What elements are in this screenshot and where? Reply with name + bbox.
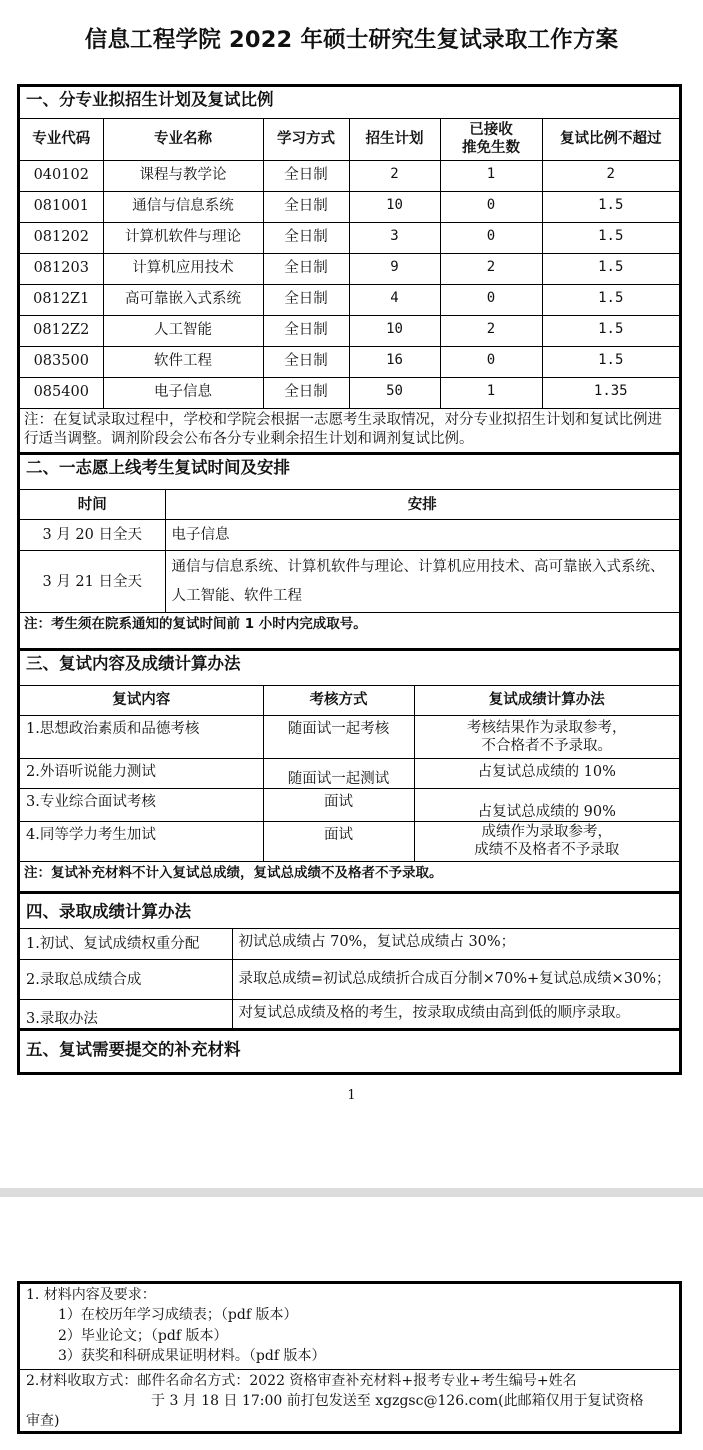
table-row: 081203计算机应用技术全日制921.5 <box>20 253 679 284</box>
col-header-content: 复试内容 <box>20 685 263 715</box>
page-separator <box>0 1188 703 1197</box>
section-5-heading: 五、复试需要提交的补充材料 <box>20 1030 679 1072</box>
section-1-note: 注：在复试录取过程中，学校和学院会根据一志愿考生录取情况，对分专业拟招生计划和复… <box>20 408 679 453</box>
table-row: 081202计算机软件与理论全日制301.5 <box>20 222 679 253</box>
section-2-heading: 二、一志愿上线考生复试时间及安排 <box>20 453 679 489</box>
table-row: 2.外语听说能力测试 随面试一起测试 占复试总成绩的 10% <box>20 758 679 788</box>
section-4-heading: 四、录取成绩计算办法 <box>20 893 679 929</box>
materials-item-2-line-3: 审查) <box>26 1413 59 1429</box>
materials-item-2-line-1: 2.材料收取方式：邮件名命名方式：2022 资格审查补充材料+报考专业+考生编号… <box>26 1373 577 1389</box>
table-row: 3 月 20 日全天 电子信息 <box>20 520 679 551</box>
section-1-heading: 一、分专业拟招生计划及复试比例 <box>20 87 679 118</box>
materials-table: 1. 材料内容及要求： 1）在校历年学习成绩表；（pdf 版本） 2）毕业论文；… <box>20 1284 679 1431</box>
table-row: 0812Z1高可靠嵌入式系统全日制401.5 <box>20 284 679 315</box>
table-row: 3 月 21 日全天 通信与信息系统、计算机软件与理论、计算机应用技术、高可靠嵌… <box>20 551 679 613</box>
table-row: 1.思想政治素质和品德考核 随面试一起考核 考核结果作为录取参考，不合格者不予录… <box>20 715 679 758</box>
list-item: 2）毕业论文；（pdf 版本） <box>26 1326 673 1346</box>
col-header-ratio: 复试比例不超过 <box>542 118 679 160</box>
col-header-name: 专业名称 <box>103 118 263 160</box>
admission-plan-table: 一、分专业拟招生计划及复试比例 专业代码 专业名称 学习方式 招生计划 已接收推… <box>20 87 679 489</box>
section-3-heading: 三、复试内容及成绩计算办法 <box>20 649 679 685</box>
table-row: 083500软件工程全日制1601.5 <box>20 346 679 377</box>
admission-score-table: 四、录取成绩计算办法 1.初试、复试成绩权重分配 初试总成绩占 70%，复试总成… <box>20 891 679 1072</box>
table-row: 3.专业综合面试考核 面试 占复试总成绩的 90% <box>20 788 679 821</box>
list-item: 1）在校历年学习成绩表；（pdf 版本） <box>26 1305 673 1325</box>
document-page-2: 1. 材料内容及要求： 1）在校历年学习成绩表；（pdf 版本） 2）毕业论文；… <box>0 1197 703 1450</box>
materials-item-2-line-2: 于 3 月 18 日 17:00 前打包发送至 xgzgsc@126.com(此… <box>26 1391 673 1411</box>
col-header-calc: 复试成绩计算办法 <box>414 685 679 715</box>
table-row: 085400电子信息全日制5011.35 <box>20 377 679 408</box>
table-row: 0812Z2人工智能全日制1021.5 <box>20 315 679 346</box>
main-table-frame: 一、分专业拟招生计划及复试比例 专业代码 专业名称 学习方式 招生计划 已接收推… <box>17 84 682 1075</box>
table-row: 2.录取总成绩合成 录取总成绩=初试总成绩折合成百分制×70%+复试总成绩×30… <box>20 960 679 1000</box>
materials-item-1-heading: 1. 材料内容及要求： <box>26 1287 156 1303</box>
table-row: 3.录取办法 对复试总成绩及格的考生，按录取成绩由高到低的顺序录取。 <box>20 1000 679 1030</box>
col-header-mode: 学习方式 <box>263 118 349 160</box>
table-row: 4.同等学力考生加试 面试 成绩作为录取参考，成绩不及格者不予录取 <box>20 821 679 861</box>
interview-schedule-table: 时间 安排 3 月 20 日全天 电子信息 3 月 21 日全天 通信与信息系统… <box>20 489 679 648</box>
document-page-1: 信息工程学院 2022 年硕士研究生复试录取工作方案 一、分专业拟招生计划及复试… <box>0 0 703 1188</box>
col-header-arrangement: 安排 <box>165 490 679 520</box>
col-header-recommended: 已接收推免生数 <box>440 118 542 160</box>
col-header-method: 考核方式 <box>263 685 414 715</box>
table-row: 081001通信与信息系统全日制1001.5 <box>20 191 679 222</box>
interview-content-table: 三、复试内容及成绩计算办法 复试内容 考核方式 复试成绩计算办法 1.思想政治素… <box>20 648 679 892</box>
col-header-time: 时间 <box>20 490 165 520</box>
document-title: 信息工程学院 2022 年硕士研究生复试录取工作方案 <box>0 22 703 54</box>
table-row: 040102课程与教学论全日制212 <box>20 160 679 191</box>
list-item: 3）获奖和科研成果证明材料。（pdf 版本） <box>26 1346 673 1366</box>
section-2-note: 注：考生须在院系通知的复试时间前 1 小时内完成取号。 <box>20 613 679 648</box>
col-header-code: 专业代码 <box>20 118 103 160</box>
materials-frame: 1. 材料内容及要求： 1）在校历年学习成绩表；（pdf 版本） 2）毕业论文；… <box>17 1281 682 1434</box>
section-3-note: 注：复试补充材料不计入复试总成绩，复试总成绩不及格者不予录取。 <box>20 861 679 891</box>
page-number: 1 <box>0 1088 703 1103</box>
table-row: 1.初试、复试成绩权重分配 初试总成绩占 70%，复试总成绩占 30%； <box>20 929 679 960</box>
col-header-plan: 招生计划 <box>349 118 440 160</box>
